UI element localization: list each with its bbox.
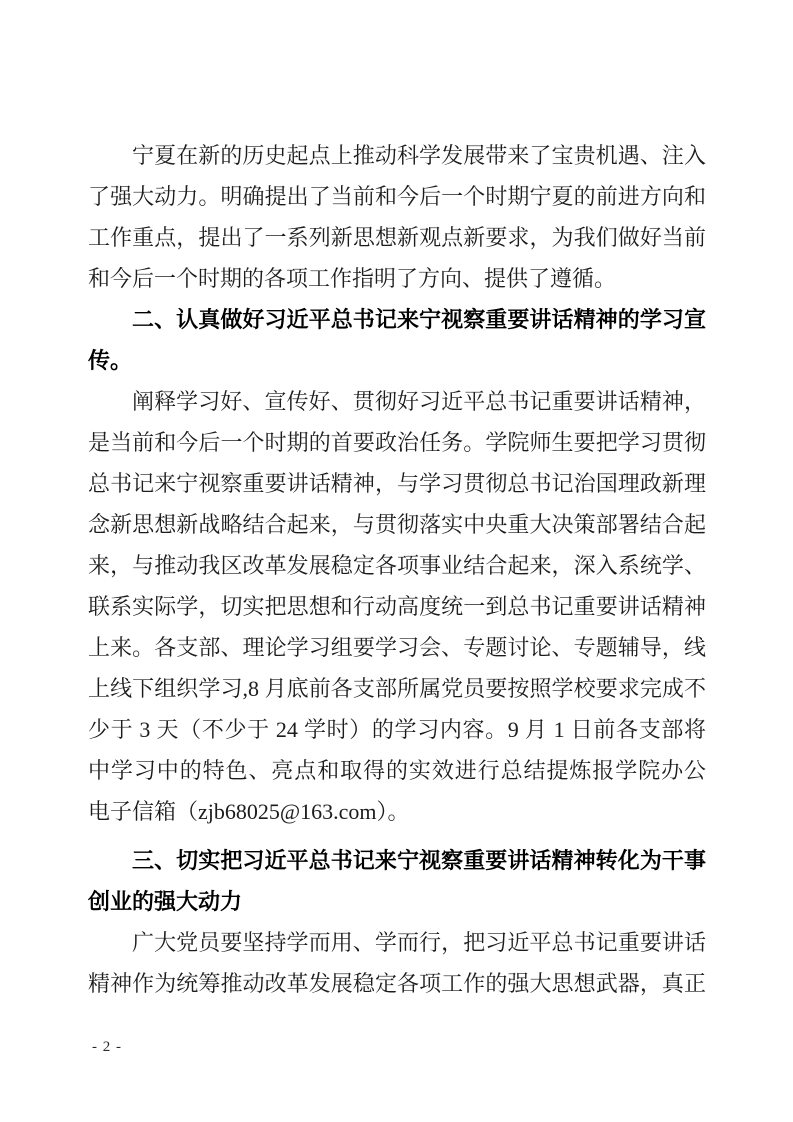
document-paragraph: 广大党员要坚持学而用、学而行，把习近平总书记重要讲话精神作为统筹推动改革发展稳定… [88,922,706,1004]
text-line: 了强大动力。明确提出了当前和今后一个时期宁夏的前进方向和 [88,176,706,217]
page-number: - 2 - [92,1038,122,1056]
text-line: 是当前和今后一个时期的首要政治任务。学院师生要把学习贯彻 [88,422,706,463]
text-line: 阐释学习好、宣传好、贯彻好习近平总书记重要讲话精神， [88,381,706,422]
text-line: 二、认真做好习近平总书记来宁视察重要讲话精神的学习宣 [88,299,706,340]
text-line: 联系实际学，切实把思想和行动高度统一到总书记重要讲话精神 [88,586,706,627]
text-line: 中学习中的特色、亮点和取得的实效进行总结提炼报学院办公室， [88,750,706,791]
text-line: 创业的强大动力 [88,881,706,922]
document-paragraph: 阐释学习好、宣传好、贯彻好习近平总书记重要讲话精神，是当前和今后一个时期的首要政… [88,381,706,832]
document-body: 宁夏在新的历史起点上推动科学发展带来了宝贵机遇、注入了强大动力。明确提出了当前和… [88,135,706,1004]
text-line: 上线下组织学习,8 月底前各支部所属党员要按照学校要求完成不 [88,668,706,709]
text-line: 宁夏在新的历史起点上推动科学发展带来了宝贵机遇、注入 [88,135,706,176]
text-line: 来，与推动我区改革发展稳定各项事业结合起来，深入系统学、 [88,545,706,586]
text-line: 少于 3 天（不少于 24 学时）的学习内容。9 月 1 日前各支部将集 [88,709,706,750]
text-line: 广大党员要坚持学而用、学而行，把习近平总书记重要讲话 [88,922,706,963]
text-line: 传。 [88,340,706,381]
text-line: 念新思想新战略结合起来，与贯彻落实中央重大决策部署结合起 [88,504,706,545]
text-line: 和今后一个时期的各项工作指明了方向、提供了遵循。 [88,258,706,299]
text-line: 工作重点，提出了一系列新思想新观点新要求，为我们做好当前 [88,217,706,258]
text-line: 三、切实把习近平总书记来宁视察重要讲话精神转化为干事 [88,840,706,881]
text-line: 总书记来宁视察重要讲话精神，与学习贯彻总书记治国理政新理 [88,463,706,504]
text-line: 精神作为统筹推动改革发展稳定各项工作的强大思想武器，真正 [88,963,706,1004]
text-line: 电子信箱（zjb68025@163.com）。 [88,791,706,832]
document-heading: 三、切实把习近平总书记来宁视察重要讲话精神转化为干事创业的强大动力 [88,840,706,922]
document-heading: 二、认真做好习近平总书记来宁视察重要讲话精神的学习宣传。 [88,299,706,381]
document-paragraph: 宁夏在新的历史起点上推动科学发展带来了宝贵机遇、注入了强大动力。明确提出了当前和… [88,135,706,299]
text-line: 上来。各支部、理论学习组要学习会、专题讨论、专题辅导，线 [88,627,706,668]
document-page: 宁夏在新的历史起点上推动科学发展带来了宝贵机遇、注入了强大动力。明确提出了当前和… [0,0,793,1122]
